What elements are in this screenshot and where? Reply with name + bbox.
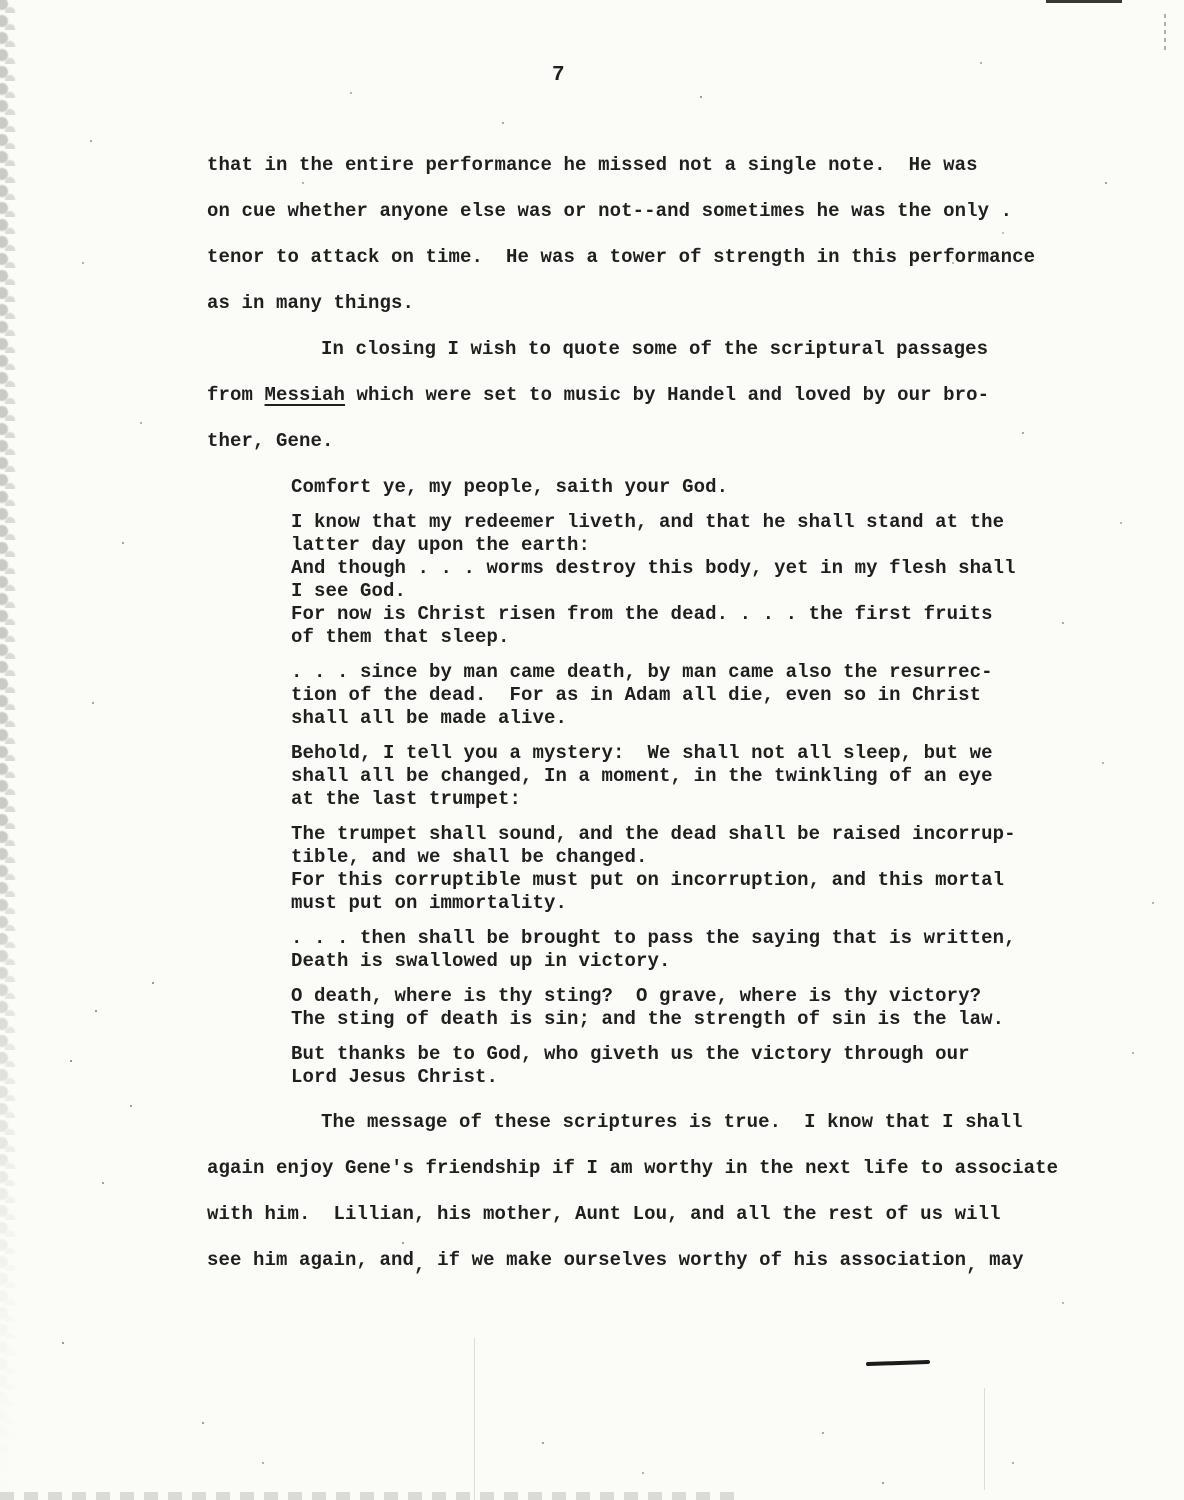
text-line: tenor to attack on time. He was a tower …: [207, 234, 1107, 280]
page-number: 7: [552, 64, 565, 88]
text-line: as in many things.: [207, 280, 1107, 326]
text-line: shall all be made alive.: [291, 707, 1107, 730]
text-line: shall all be changed, In a moment, in th…: [291, 765, 1107, 788]
text-line: Lord Jesus Christ.: [291, 1066, 1107, 1089]
paragraph: . . . then shall be brought to pass the …: [207, 927, 1107, 973]
handwritten-comma: ,: [966, 1254, 978, 1276]
paragraph: Comfort ye, my people, saith your God.: [207, 476, 1107, 499]
scanned-document-page: 7 that in the entire performance he miss…: [0, 0, 1184, 1500]
fold-crease-mark: [1164, 14, 1166, 50]
text-line: must put on immortality.: [291, 892, 1107, 915]
paragraph: that in the entire performance he missed…: [207, 142, 1107, 326]
paragraph: The trumpet shall sound, and the dead sh…: [207, 823, 1107, 915]
text-line: I know that my redeemer liveth, and that…: [291, 511, 1107, 534]
paragraph: . . . since by man came death, by man ca…: [207, 661, 1107, 730]
paragraph: O death, where is thy sting? O grave, wh…: [207, 985, 1107, 1031]
scan-edge-artifact: [1046, 0, 1122, 3]
text-line: on cue whether anyone else was or not--a…: [207, 188, 1107, 234]
text-line: O death, where is thy sting? O grave, wh…: [291, 985, 1107, 1008]
spiral-binding-perforated-edge: [0, 0, 22, 1500]
text-line: ther, Gene.: [207, 418, 1107, 464]
underlined-word: Messiah: [265, 384, 346, 406]
text-line: Comfort ye, my people, saith your God.: [291, 476, 1107, 499]
paragraph: Behold, I tell you a mystery: We shall n…: [207, 742, 1107, 811]
text-line: The trumpet shall sound, and the dead sh…: [291, 823, 1107, 846]
text-segment: may: [978, 1249, 1024, 1271]
bottom-perforation-edge: [0, 1492, 740, 1500]
text-line: For now is Christ risen from the dead. .…: [291, 603, 1107, 626]
text-line: at the last trumpet:: [291, 788, 1107, 811]
paragraph: I know that my redeemer liveth, and that…: [207, 511, 1107, 649]
scan-noise-speckles: [0, 0, 2, 2]
paragraph: In closing I wish to quote some of the s…: [207, 326, 1107, 464]
text-line: And though . . . worms destroy this body…: [291, 557, 1107, 580]
text-line: The sting of death is sin; and the stren…: [291, 1008, 1107, 1031]
text-line: latter day upon the earth:: [291, 534, 1107, 557]
fold-crease-line: [474, 1338, 475, 1500]
text-line: Death is swallowed up in victory.: [291, 950, 1107, 973]
text-segment: from: [207, 384, 265, 406]
text-line: with him. Lillian, his mother, Aunt Lou,…: [207, 1191, 1107, 1237]
text-line: The message of these scriptures is true.…: [207, 1099, 1107, 1145]
text-line: tion of the dead. For as in Adam all die…: [291, 684, 1107, 707]
text-line: again enjoy Gene's friendship if I am wo…: [207, 1145, 1107, 1191]
text-body: that in the entire performance he missed…: [207, 142, 1107, 1283]
text-line: In closing I wish to quote some of the s…: [207, 326, 1107, 372]
fold-crease-line: [984, 1388, 985, 1490]
text-line: see him again, and, if we make ourselves…: [207, 1237, 1107, 1283]
text-segment: which were set to music by Handel and lo…: [345, 384, 989, 406]
text-line: But thanks be to God, who giveth us the …: [291, 1043, 1107, 1066]
text-line: Behold, I tell you a mystery: We shall n…: [291, 742, 1107, 765]
handwritten-comma: ,: [414, 1254, 426, 1276]
text-line: from Messiah which were set to music by …: [207, 372, 1107, 418]
text-line: For this corruptible must put on incorru…: [291, 869, 1107, 892]
paragraph: But thanks be to God, who giveth us the …: [207, 1043, 1107, 1089]
text-line: I see God.: [291, 580, 1107, 603]
text-line: . . . then shall be brought to pass the …: [291, 927, 1107, 950]
text-segment: if we make ourselves worthy of his assoc…: [426, 1249, 967, 1271]
text-line: that in the entire performance he missed…: [207, 142, 1107, 188]
text-segment: see him again, and: [207, 1249, 414, 1271]
text-line: . . . since by man came death, by man ca…: [291, 661, 1107, 684]
handwritten-pen-dash: [866, 1360, 930, 1366]
paragraph: The message of these scriptures is true.…: [207, 1099, 1107, 1283]
text-line: of them that sleep.: [291, 626, 1107, 649]
text-line: tible, and we shall be changed.: [291, 846, 1107, 869]
